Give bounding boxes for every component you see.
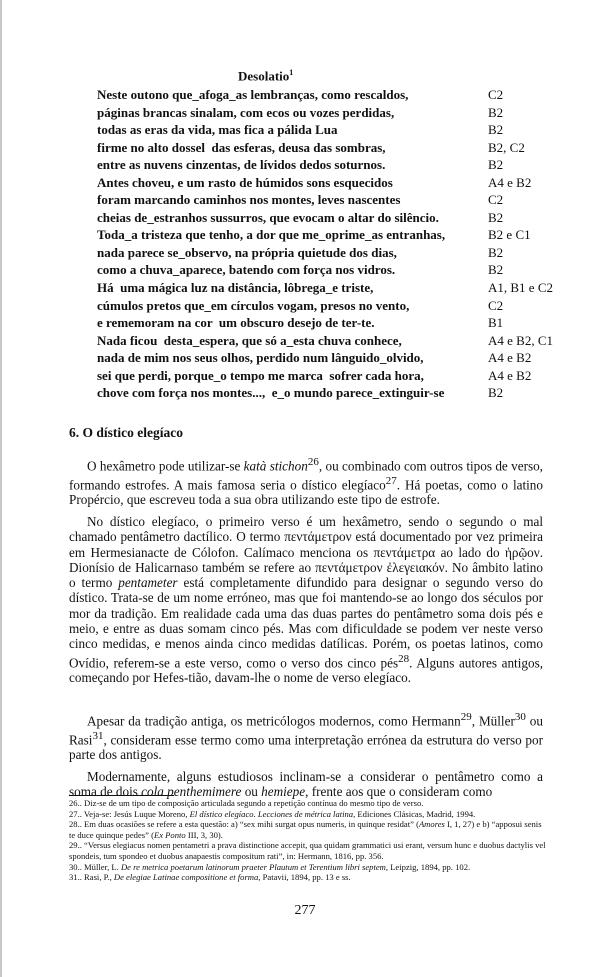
paragraph: No dístico elegíaco, o primeiro verso é … xyxy=(69,514,543,686)
footnote-30: 30.. Müller, L. De re metrica poetarum l… xyxy=(69,862,549,873)
verse: Antes choveu, e um rasto de húmidos sons… xyxy=(97,174,577,192)
verse-code: A4 e B2, C1 xyxy=(488,332,553,350)
verse: cheias de_estranhos sussurros, que evoca… xyxy=(97,209,577,227)
footnote-27: 27.. Veja-se: Jesús Luque Moreno, El dís… xyxy=(69,809,549,820)
verse-code: A4 e B2 xyxy=(488,174,531,192)
verse: foram marcando caminhos nos montes, leve… xyxy=(97,191,577,209)
footnote-ref: 1 xyxy=(289,68,293,77)
verse-code: A4 e B2 xyxy=(488,367,531,385)
verse-code: B2 xyxy=(488,261,503,279)
footnote-28: 28.. Em duas ocasiões se refere a esta q… xyxy=(69,819,549,840)
footnote-31: 31.. Rasi, P., De elegiae Latinae compos… xyxy=(69,872,549,883)
verse: páginas brancas sinalam, com ecos ou voz… xyxy=(97,104,577,122)
paragraph: O hexâmetro pode utilizar-se katà sticho… xyxy=(69,455,543,508)
poem: Neste outono que_afoga_as lembranças, co… xyxy=(97,86,577,402)
verse-code: B2 xyxy=(488,121,503,139)
verse-code: B2 e C1 xyxy=(488,226,531,244)
verse: chove com força nos montes..., e_o mundo… xyxy=(97,384,577,402)
verse-code: A1, B1 e C2 xyxy=(488,279,553,297)
page-edge xyxy=(0,0,2,977)
footnote-29: 29.. “Versus elegiacus nomen pentametri … xyxy=(69,840,549,861)
poem-title: Desolatio1 xyxy=(238,68,293,84)
verse: sei que perdi, porque_o tempo me marca s… xyxy=(97,367,577,385)
verse-code: C2 xyxy=(488,86,503,104)
footnote-ref: 28 xyxy=(398,653,409,665)
footnote-ref: 29 xyxy=(461,711,472,723)
verse: entre as nuvens cinzentas, de lívidos de… xyxy=(97,156,577,174)
verse-code: B2 xyxy=(488,156,503,174)
verse-code: B2 xyxy=(488,244,503,262)
footnote-ref: 27 xyxy=(386,475,397,487)
verse: nada parece se_observo, na própria quiet… xyxy=(97,244,577,262)
verse: nada de mim nos seus olhos, perdido num … xyxy=(97,349,577,367)
page-number: 277 xyxy=(0,903,610,919)
verse-code: B2 xyxy=(488,209,503,227)
section-heading: 6. O dístico elegíaco xyxy=(69,425,183,441)
verse: Toda_a tristeza que tenho, a dor que me_… xyxy=(97,226,577,244)
verse: Nada ficou desta_espera, que só a_esta c… xyxy=(97,332,577,350)
verse-code: C2 xyxy=(488,297,503,315)
footnote-ref: 26 xyxy=(308,456,319,468)
footnote-26: 26.. Diz-se de um tipo de composição art… xyxy=(69,798,549,809)
verse: e rememoram na cor um obscuro desejo de … xyxy=(97,314,577,332)
verse: firme no alto dossel das esferas, deusa … xyxy=(97,139,577,157)
verse-code: B2, C2 xyxy=(488,139,525,157)
verse: Neste outono que_afoga_as lembranças, co… xyxy=(97,86,577,104)
verse-code: B2 xyxy=(488,104,503,122)
footnote-ref: 31 xyxy=(92,730,103,742)
verse: todas as eras da vida, mas fica a pálida… xyxy=(97,121,577,139)
verse-code: C2 xyxy=(488,191,503,209)
verse: Há uma mágica luz na distância, lôbrega_… xyxy=(97,279,577,297)
verse-code: B2 xyxy=(488,384,503,402)
verse-code: B1 xyxy=(488,314,503,332)
footnotes: 26.. Diz-se de um tipo de composição art… xyxy=(69,798,549,883)
footnote-ref: 30 xyxy=(515,711,526,723)
paragraph: Apesar da tradição antiga, os metricólog… xyxy=(69,710,543,763)
footnote-separator xyxy=(69,795,174,796)
verse: como a chuva_aparece, batendo com força … xyxy=(97,261,577,279)
verse: cúmulos pretos que_em círculos vogam, pr… xyxy=(97,297,577,315)
verse-code: A4 e B2 xyxy=(488,349,531,367)
